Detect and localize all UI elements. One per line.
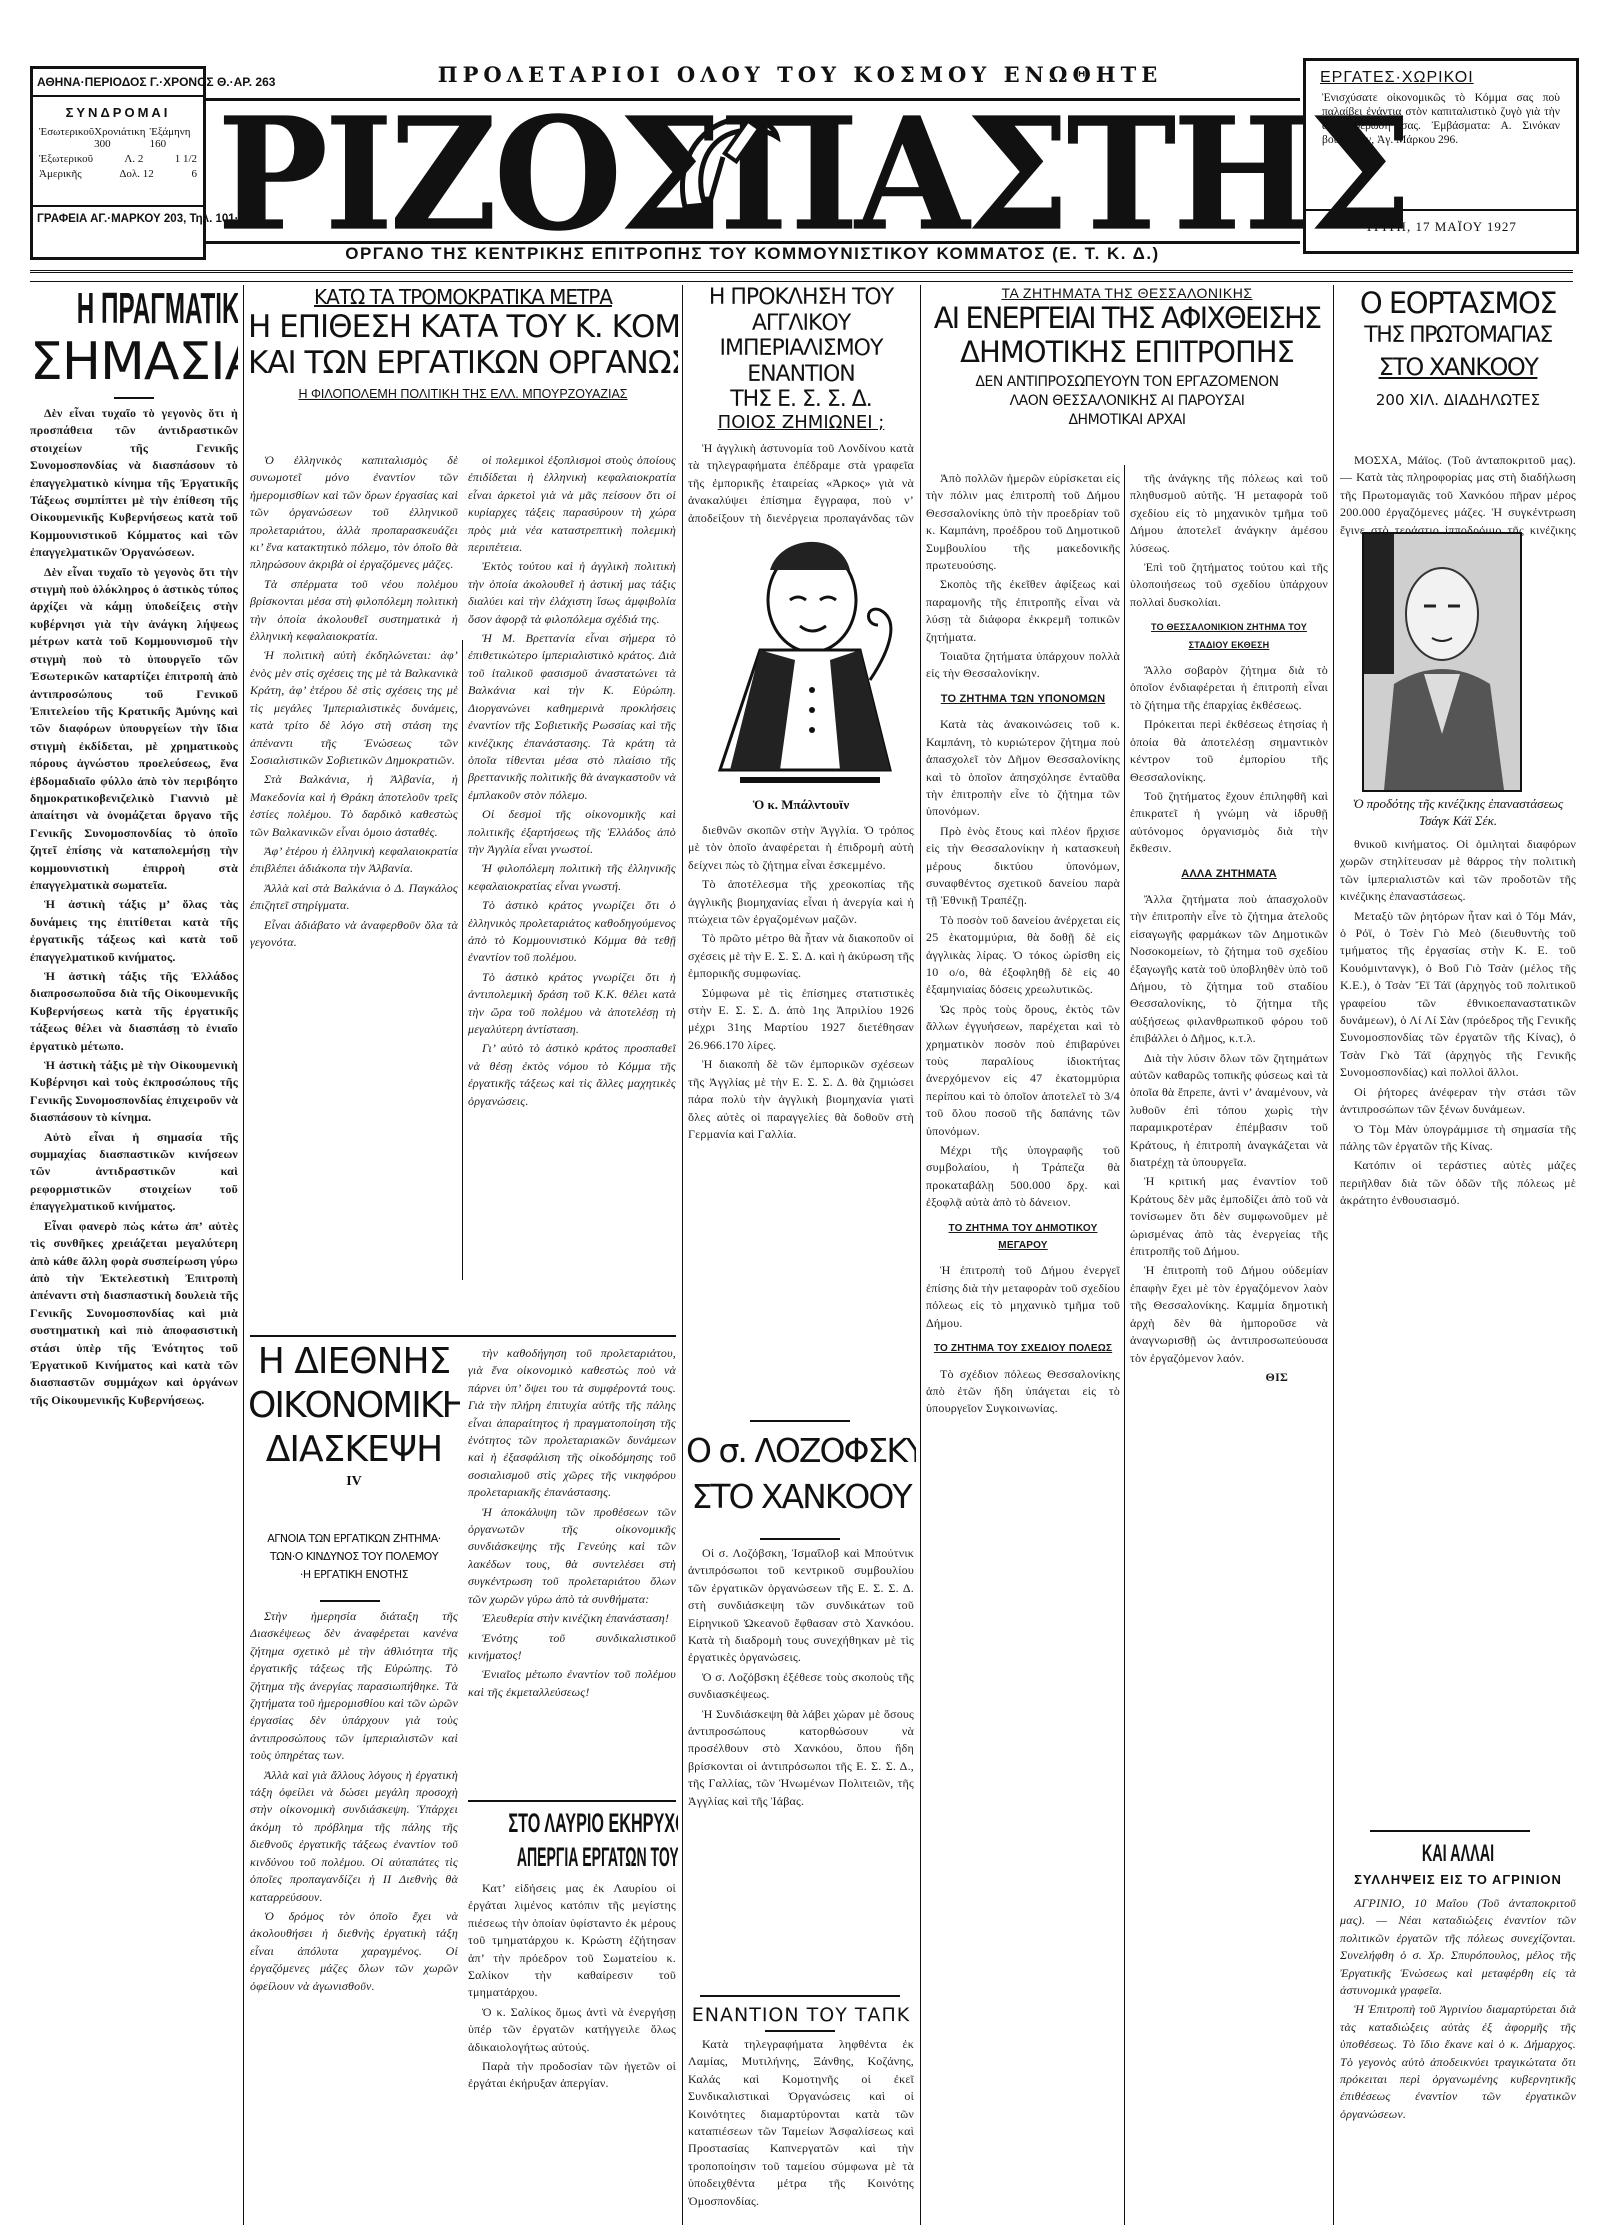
article-headline: Η ΕΠΙΘΕΣΗ ΚΑΤΑ ΤΟΥ Κ. ΚΟΜΜΑΤΟΣ	[248, 309, 678, 345]
subhead-line: ΛΑΟΝ ΘΕΣΣΑΛΟΝΙΚΗΣ ΑΙ ΠΑΡΟΥΣΑΙ	[924, 392, 1330, 411]
paragraph: θνικοῦ κινήματος. Οἱ ὁμιληταὶ διαφόρων χ…	[1340, 836, 1576, 906]
column-divider	[1124, 465, 1125, 2225]
article-thessaloniki-head: ΤΑ ΖΗΤΗΜΑΤΑ ΤΗΣ ΘΕΣΣΑΛΟΝΙΚΗΣ ΑΙ ΕΝΕΡΓΕΙΑ…	[924, 285, 1330, 465]
subscription-region: Ἀμερικῆς	[39, 168, 82, 180]
article-intro: Ἡ ἀγγλικὴ ἀστυνομία τοῦ Λονδίνου κατὰ τὰ…	[688, 440, 914, 530]
paragraph: Εἶναι ἀδιάβατο νὰ ἀναφερθοῦν ὅλα τὰ γεγο…	[250, 917, 458, 952]
column-divider	[462, 640, 463, 1280]
article-signature: ΘΙΣ	[1130, 1369, 1328, 1386]
divider	[760, 1538, 840, 1540]
paragraph: Ἡ ἐπιτροπὴ τοῦ Δήμου ἐνεργεῖ ἐπίσης διὰ …	[926, 1262, 1120, 1332]
paragraph: Μεταξὺ τῶν ῥητόρων ἦταν καὶ ὁ Τόμ Μάν, ὁ…	[1340, 908, 1576, 1082]
paragraph: Κατ’ εἰδήσεις μας ἐκ Λαυρίου οἱ ἐργάται …	[468, 1880, 676, 2002]
subscription-half: 6	[191, 168, 197, 180]
article-lozofsky-head: Ο σ. ΛΟΖΟΦΣΚΥ ΣΤΟ ΧΑΝΚΟΟΥ	[686, 1428, 916, 1538]
paragraph: Ὁ σ. Λοζόβσκη ἐξέθεσε τοὺς σκοποὺς τῆς σ…	[688, 1669, 914, 1704]
article-kicker: ΚΑΤΩ ΤΑ ΤΡΟΜΟΚΡΑΤΙΚΑ ΜΕΤΡΑ	[248, 285, 678, 309]
article-headline: ΑΙ ΕΝΕΡΓΕΙΑΙ ΤΗΣ ΑΦΙΧΘΕΙΣΗΣ	[924, 301, 1330, 335]
section-heading: ΤΟ ΖΗΤΗΜΑ ΤΩΝ ΥΠΟΝΟΜΩΝ	[926, 691, 1120, 708]
paragraph: Ἡ Συνδιάσκεψη θὰ λάβει χώραν μὲ ὅσους ἀν…	[688, 1706, 914, 1810]
article-headline: ΔΗΜΟΤΙΚΗΣ ΕΠΙΤΡΟΠΗΣ	[924, 335, 1330, 369]
paragraph: Ἡ ἀστικὴ τάξις μ’ ὅλας τὰς δυνάμεις της …	[30, 896, 238, 966]
appeal-text: Ἐνισχύσατε οἰκονομικῶς τὸ Κόμμα σας ποὺ …	[1306, 91, 1576, 209]
paragraph: Γι’ αὐτὸ τὸ ἀστικὸ κράτος προσπαθεῖ νὰ θ…	[468, 1040, 676, 1110]
article-headline: ΟΙΚΟΝΟΜΙΚΗ	[248, 1384, 460, 1428]
section-heading: ΑΛΛΑ ΖΗΤΗΜΑΤΑ	[1130, 866, 1328, 883]
article-body: Δὲν εἶναι τυχαῖο τὸ γεγονὸς ὅτι ἡ προσπά…	[30, 405, 238, 1409]
divider	[114, 397, 154, 399]
paragraph: Μέχρι τῆς ὑπογραφῆς τοῦ συμβολαίου, ἡ Τρ…	[926, 1142, 1120, 1212]
paragraph: Ἡ ἐπιτροπὴ τοῦ Δήμου οὐδεμίαν ἐπαφὴν ἔχε…	[1130, 1262, 1328, 1366]
paragraph: Οἱ ῥήτορες ἀνέφεραν τὴν στάσι τῶν ἀντιπρ…	[1340, 1084, 1576, 1119]
paragraph: Τὸ πρῶτο μέτρο θὰ ἦταν νὰ διακοποῦν οἱ σ…	[688, 930, 914, 982]
paragraph: Ἀλλὰ καὶ γιὰ ἄλλους λόγους ἡ ἐργατικὴ τά…	[250, 1767, 458, 1906]
paragraph: Ἡ ἀστικὴ τάξις τῆς Ἑλλάδος διαπροσωποῦσα…	[30, 968, 238, 1055]
paragraph: Δὲν εἶναι τυχαῖο τὸ γεγονὸς ὅτι τὴν στιγ…	[30, 564, 238, 895]
paragraph: Οἱ σ. Λοζόβσκη, Ἰσμαΐλοβ καὶ Μπούτνικ ἀν…	[688, 1545, 914, 1667]
paragraph: Ἡ ἀστικὴ τάξις μὲ τὴν Οἰκουμενικὴ Κυβέρν…	[30, 1057, 238, 1127]
paragraph: Ἑνιαῖος μέτωπο ἐναντίον τοῦ πολέμου καὶ …	[468, 1666, 676, 1701]
portrait-image	[1364, 534, 1520, 790]
chiang-kai-shek-photo	[1362, 532, 1522, 792]
subscription-row: Ἐσωτερικοῦ Χρονιάτικη 300 Ἑξάμηνη 160	[39, 126, 197, 150]
section-heading: ΤΟ ΘΕΣΣΑΛΟΝΙΚΙΟΝ ΖΗΤΗΜΑ ΤΟΥ ΣΤΑΔΙΟΥ ΕΚΘΕ…	[1130, 619, 1328, 654]
subscription-region: Ἐξωτερικοῦ	[39, 153, 93, 165]
subscription-year: Δολ. 12	[119, 168, 153, 180]
issue-number: ΑΘΗΝΑ·ΠΕΡΙΟΔΟΣ Γ.·ΧΡΟΝΟΣ Θ.·ΑΡ. 263	[33, 69, 203, 97]
paragraph: ΑΓΡΙΝΙΟ, 10 Μαΐου (Τοῦ ἀνταποκριτοῦ μας)…	[1340, 1895, 1576, 1999]
paragraph: Ἡ ἀποκάλυψη τῶν προθέσεων τῶν ὀργανωτῶν …	[468, 1504, 676, 1608]
article-body-column: Ὁ ἑλληνικὸς καπιταλισμὸς δὲ συνωμοτεῖ μό…	[250, 452, 458, 1332]
subscriptions-title: ΣΥΝΔΡΟΜΑΙ	[39, 105, 197, 120]
section-rule	[468, 1800, 676, 1802]
article-part-number: IV	[248, 1474, 460, 1490]
paragraph: ΜΟΣΧΑ, Μάϊος. (Τοῦ ἀνταποκριτοῦ μας). — …	[1340, 452, 1576, 542]
article-body-column: τῆς ἀνάγκης τῆς πόλεως καὶ τοῦ πληθυσμοῦ…	[1130, 470, 1328, 2230]
article-headline: ΚΑΙ ΑΛΛΑΙ	[1386, 1840, 1530, 1868]
paragraph: Τὸ σχέδιον πόλεως Θεσσαλονίκης ἀπὸ ἐτῶν …	[926, 1366, 1120, 1418]
article-agrinio-head: ΚΑΙ ΑΛΛΑΙ ΣΥΛΛΗΨΕΙΣ ΕΙΣ ΤΟ ΑΓΡΙΝΙΟΝ	[1338, 1840, 1578, 1887]
article-intro: ΜΟΣΧΑ, Μάϊος. (Τοῦ ἀνταποκριτοῦ μας). — …	[1340, 452, 1576, 542]
article-body-column: Στὴν ἡμερησία διάταξη τῆς Διασκέψεως δὲν…	[250, 1608, 458, 2228]
section-rule	[700, 1995, 900, 1997]
hammer-sickle-emblem-icon	[665, 107, 785, 225]
paragraph: Ἄλλο σοβαρὸν ζήτημα διὰ τὸ ὁποῖον ἐνδιαφ…	[1130, 662, 1328, 714]
paragraph: Τοῦ ζητήματος ἔχουν ἐπιληφθῆ καὶ ἐπικρατ…	[1130, 788, 1328, 858]
paragraph: Τὸ ἀποτέλεσμα τῆς χρεοκοπίας τῆς ἀγγλικῆ…	[688, 876, 914, 928]
article-body-column: διεθνῶν σκοπῶν στὴν Ἀγγλία. Ὁ τρόπος μὲ …	[688, 822, 914, 1402]
paragraph: τῆς ἀνάγκης τῆς πόλεως καὶ τοῦ πληθυσμοῦ…	[1130, 470, 1328, 557]
paragraph: Πρόκειται περὶ ἐκθέσεως ἐτησίας ἡ ὁποία …	[1130, 716, 1328, 786]
baldwin-cartoon-illustration	[700, 530, 910, 790]
paragraph: τὴν καθοδήγηση τοῦ προλεταριάτου, γιὰ ἕν…	[468, 1345, 676, 1502]
divider	[750, 1420, 850, 1422]
article-headline: ΑΠΕΡΓΙΑ ΕΡΓΑΤΩΝ ΤΟΥ ΛΙΜΕΝΟΣ	[517, 1840, 627, 1874]
paragraph: Ἡ κριτική μας ἐναντίον τοῦ Κράτους δὲν μ…	[1130, 1173, 1328, 1260]
headline-line: Η ΠΡΟΚΛΗΣΗ ΤΟΥ	[686, 285, 916, 311]
section-heading: ΤΟ ΖΗΤΗΜΑ ΤΟΥ ΣΧΕΔΙΟΥ ΠΟΛΕΩΣ	[926, 1340, 1120, 1357]
subhead-line: ·Η ΕΡΓΑΤΙΚΗ ΕΝΟΤΗΣ	[248, 1566, 460, 1584]
paragraph: Ἡ Μ. Βρεττανία εἶναι σήμερα τὸ ἐπιθετικώ…	[468, 630, 676, 804]
paragraph: Παρὰ τὴν προδοσίαν τῶν ἡγετῶν οἱ ἐργάται…	[468, 2058, 676, 2093]
paragraph: Τὸ ἀστικὸ κράτος γνωρίζει ὅτι ὁ ἑλληνικὸ…	[468, 897, 676, 967]
article-body-column: ΑΓΡΙΝΙΟ, 10 Μαΐου (Τοῦ ἀνταποκριτοῦ μας)…	[1340, 1895, 1576, 2230]
article-headline: Η ΠΡΑΓΜΑΤΙΚΗ	[77, 285, 191, 333]
paragraph: Ὁ κ. Σαλίκος ὅμως ἀντὶ νὰ ἐνεργήσῃ ὑπέρ …	[468, 2004, 676, 2056]
paragraph: Ἡ φιλοπόλεμη πολιτικὴ τῆς ἑλληνικῆς κεφα…	[468, 860, 676, 895]
divider	[320, 1600, 380, 1602]
subscriptions-box: ΣΥΝΔΡΟΜΑΙ Ἐσωτερικοῦ Χρονιάτικη 300 Ἑξάμ…	[33, 97, 203, 207]
paragraph: Διὰ τὴν λύσιν ὅλων τῶν ζητημάτων αὐτῶν κ…	[1130, 1050, 1328, 1172]
article-body-column: Οἱ σ. Λοζόβσκη, Ἰσμαΐλοβ καὶ Μπούτνικ ἀν…	[688, 1545, 914, 1975]
paragraph: Ὁ δρόμος τὸν ὁποῖο ἔχει νὰ ἀκολουθήσει ἡ…	[250, 1908, 458, 1995]
article-body-column: Κατ’ εἰδήσεις μας ἐκ Λαυρίου οἱ ἐργάται …	[468, 1880, 676, 2228]
headline-line: ΤΗΣ Ε. Σ. Σ. Δ.	[686, 387, 916, 413]
paragraph: Ἀπὸ πολλῶν ἡμερῶν εὑρίσκεται εἰς τὴν πόλ…	[926, 470, 1120, 574]
article-headline: Ο σ. ΛΟΖΟΦΣΚΥ	[686, 1428, 916, 1474]
subscription-region: Ἐσωτερικοῦ	[39, 126, 94, 150]
column-divider	[1333, 285, 1334, 2225]
subscription-half: 1 1/2	[175, 153, 197, 165]
section-rule	[1370, 1830, 1530, 1832]
subscription-row: Ἐξωτερικοῦ Λ. 2 1 1/2	[39, 153, 197, 165]
article-subhead: ΠΟΙΟΣ ΖΗΜΙΩΝΕΙ ;	[686, 412, 916, 433]
paragraph: Ἡ Ἐπιτροπὴ τοῦ Ἀγρινίου διαμαρτύρεται δι…	[1340, 2001, 1576, 2123]
column-divider	[920, 285, 921, 2225]
appeal-box: ΕΡΓΑΤΕΣ·ΧΩΡΙΚΟΙ Ἐνισχύσατε οἰκονομικῶς τ…	[1303, 58, 1579, 254]
paragraph: Ἑνότης τοῦ συνδικαλιστικοῦ κινήματος!	[468, 1630, 676, 1665]
paragraph: Δὲν εἶναι τυχαῖο τὸ γεγονὸς ὅτι ἡ προσπά…	[30, 405, 238, 562]
subscription-half: Ἑξάμηνη 160	[150, 126, 197, 150]
divider	[765, 2030, 835, 2032]
column-divider	[243, 285, 244, 2225]
headline-line: ΙΜΠΕΡΙΑΛΙΣΜΟΥ	[686, 336, 916, 362]
article-headline: ΣΤΟ ΛΑΥΡΙΟ ΕΚΗΡΥΧΘΗ	[508, 1806, 635, 1840]
article-subhead: ΑΓΝΟΙΑ ΤΩΝ ΕΡΓΑΤΙΚΩΝ ΖΗΤΗΜΑ· ΤΩΝ·Ο ΚΙΝΔΥ…	[248, 1530, 460, 1600]
paragraph: Τὸ ἀστικὸ κράτος γνωρίζει ὅτι ἡ ἀντιπολε…	[468, 969, 676, 1039]
issue-date: ΤΡΙΤΗ, 17 ΜΑΪΟΥ 1927	[1306, 209, 1576, 243]
article-headline: ΣΗΜΑΣΙΑ	[30, 333, 238, 391]
article-kicker: ΤΑ ΖΗΤΗΜΑΤΑ ΤΗΣ ΘΕΣΣΑΛΟΝΙΚΗΣ	[924, 285, 1330, 301]
paragraph: Ἄλλα ζητήματα ποὺ ἀπασχολοῦν τὴν ἐπιτροπ…	[1130, 891, 1328, 1048]
section-heading: ΤΟ ΖΗΤΗΜΑ ΤΟΥ ΔΗΜΟΤΙΚΟΥ ΜΕΓΑΡΟΥ	[926, 1220, 1120, 1255]
article-body-column: Κατὰ τηλεγραφήματα ληφθέντα ἐκ Λαμίας, Μ…	[688, 2036, 914, 2226]
subhead-line: ΑΓΝΟΙΑ ΤΩΝ ΕΡΓΑΤΙΚΩΝ ΖΗΤΗΜΑ·	[248, 1530, 460, 1548]
paragraph: Εἶναι φανερὸ πὼς κάτω ἀπ’ αὐτὲς τὶς συνθ…	[30, 1218, 238, 1409]
paragraph: Ἡ ἀγγλικὴ ἀστυνομία τοῦ Λονδίνου κατὰ τὰ…	[688, 440, 914, 530]
paragraph: Τὰ σπέρματα τοῦ νέου πολέμου βρίσκονται …	[250, 576, 458, 646]
article-lavrio-head: ΣΤΟ ΛΑΥΡΙΟ ΕΚΗΡΥΧΘΗ ΑΠΕΡΓΙΑ ΕΡΓΑΤΩΝ ΤΟΥ …	[466, 1806, 678, 1886]
issue-info-box: ΑΘΗΝΑ·ΠΕΡΙΟΔΟΣ Γ.·ΧΡΟΝΟΣ Θ.·ΑΡ. 263 ΣΥΝΔ…	[30, 66, 206, 260]
paragraph: Ἡ πολιτικὴ αὐτὴ ἐκδηλώνεται: ἀφ’ ἑνὸς μὲ…	[250, 647, 458, 769]
article-headline: ΣΤΟ ΧΑΝΚΟΟΥ	[1338, 351, 1578, 383]
paragraph: διεθνῶν σκοπῶν στὴν Ἀγγλία. Ὁ τρόπος μὲ …	[688, 822, 914, 874]
subscription-year: Λ. 2	[124, 153, 143, 165]
article-headline: ΔΙΑΣΚΕΨΗ	[248, 1428, 460, 1472]
paragraph: Ὁ Τὸμ Μὰν ὑπογράμμισε τὴ σημασία τῆς πάλ…	[1340, 1121, 1576, 1156]
article-subhead: ΔΕΝ ΑΝΤΙΠΡΟΣΩΠΕΥΟΥΝ ΤΟΝ ΕΡΓΑΖΟΜΕΝΟΝ ΛΑΟΝ…	[924, 373, 1330, 430]
paragraph: οἱ πολεμικοὶ ἐξοπλισμοὶ στοὺς ὁποίους ἐπ…	[468, 452, 676, 556]
paragraph: Αὐτὸ εἶναι ἡ σημασία τῆς συμμαχίας διασπ…	[30, 1129, 238, 1216]
article-headline: Ο ΕΟΡΤΑΣΜΟΣ	[1338, 285, 1578, 321]
article-body-column: Ἀπὸ πολλῶν ἡμερῶν εὑρίσκεται εἰς τὴν πόλ…	[926, 470, 1120, 2230]
subhead-line: ΤΩΝ·Ο ΚΙΝΔΥΝΟΣ ΤΟΥ ΠΟΛΕΜΟΥ	[248, 1548, 460, 1566]
article-headline: Η ΔΙΕΘΝΗΣ	[248, 1340, 460, 1384]
paragraph: Οἱ δεσμοὶ τῆς οἰκονομικῆς καὶ πολιτικῆς …	[468, 806, 676, 858]
paragraph: Ἀφ’ ἑτέρου ἡ ἑλληνικὴ κεφαλαιοκρατία ἐπι…	[250, 843, 458, 878]
masthead-organ-line: ΟΡΓΑΝΟ ΤΗΣ ΚΕΝΤΡΙΚΗΣ ΕΠΙΤΡΟΠΗΣ ΤΟΥ ΚΟΜΜΟ…	[205, 244, 1300, 264]
article-headline: ΚΑΙ ΤΩΝ ΕΡΓΑΤΙΚΩΝ ΟΡΓΑΝΩΣΕΩΝ	[248, 345, 678, 381]
paragraph: Τοιαῦτα ζητήματα ὑπάρχουν πολλὰ εἰς τὴν …	[926, 648, 1120, 683]
paragraph: Κατὰ τὰς ἀνακοινώσεις τοῦ κ. Καμπάνη, τὸ…	[926, 716, 1120, 820]
article-headline: ΕΝΑΝΤΙΟΝ ΤΟΥ ΤΑΠΚ	[686, 2004, 916, 2026]
article-subhead: ΣΥΛΛΗΨΕΙΣ ΕΙΣ ΤΟ ΑΓΡΙΝΙΟΝ	[1338, 1872, 1578, 1887]
subhead-line: ΔΕΝ ΑΝΤΙΠΡΟΣΩΠΕΥΟΥΝ ΤΟΝ ΕΡΓΑΖΟΜΕΝΟΝ	[924, 373, 1330, 392]
subhead-line: ΔΗΜΟΤΙΚΑΙ ΑΡΧΑΙ	[924, 411, 1330, 430]
article-diethnis-diaskepsi-head: Η ΔΙΕΘΝΗΣ ΟΙΚΟΝΟΜΙΚΗ ΔΙΑΣΚΕΨΗ IV	[248, 1340, 460, 1540]
headline-line: ΑΓΓΛΙΚΟΥ	[686, 311, 916, 337]
office-address: ΓΡΑΦΕΙΑ ΑΓ.·ΜΑΡΚΟΥ 203, Τηλ. 101·νέο	[33, 207, 203, 231]
masthead-title-band: ΡΙΖΟΣΠΑΣΤΗΣ	[205, 98, 1300, 244]
paragraph: Ἐλευθερία στὴν κινέζικη ἐπανάσταση!	[468, 1610, 676, 1627]
column-divider	[682, 285, 683, 2225]
article-chankoou-head: Ο ΕΟΡΤΑΣΜΟΣ ΤΗΣ ΠΡΩΤΟΜΑΓΙΑΣ ΣΤΟ ΧΑΝΚΟΟΥ …	[1338, 285, 1578, 445]
paragraph: Κατὰ τηλεγραφήματα ληφθέντα ἐκ Λαμίας, Μ…	[688, 2036, 914, 2210]
headline-line: ΕΝΑΝΤΙΟΝ	[686, 362, 916, 388]
masthead-rule	[30, 270, 1573, 282]
paragraph: Σκοπὸς τῆς ἐκεῖθεν ἀφίξεως καὶ παραμονῆς…	[926, 576, 1120, 646]
article-body-column: οἱ πολεμικοὶ ἐξοπλισμοὶ στοὺς ὁποίους ἐπ…	[468, 452, 676, 1332]
section-rule	[250, 1335, 676, 1337]
article-subhead: Η ΦΙΛΟΠΟΛΕΜΗ ΠΟΛΙΤΙΚΗ ΤΗΣ ΕΛΛ. ΜΠΟΥΡΖΟΥΑ…	[248, 387, 678, 401]
article-body-column: τὴν καθοδήγηση τοῦ προλεταριάτου, γιὰ ἕν…	[468, 1345, 676, 1785]
paragraph: Ἡ διακοπὴ δὲ τῶν ἐμπορικῶν σχέσεων τῆς Ἀ…	[688, 1056, 914, 1143]
paragraph: Ἐκτὸς τούτου καὶ ἡ ἀγγλικὴ πολιτικὴ τὴν …	[468, 558, 676, 628]
subscription-year: Χρονιάτικη 300	[94, 126, 150, 150]
photo-caption: Ὁ προδότης τῆς κινέζικης ἐπαναστάσεως Τσ…	[1338, 795, 1578, 829]
article-body-column: θνικοῦ κινήματος. Οἱ ὁμιληταὶ διαφόρων χ…	[1340, 836, 1576, 1771]
paragraph: Πρὸ ἑνὸς ἔτους καὶ πλέον ἤρχισε εἰς τὴν …	[926, 823, 1120, 910]
paragraph: Ἐπὶ τοῦ ζητήματος τούτου καὶ τῆς ὑλοποιή…	[1130, 559, 1328, 611]
paragraph: Σύμφωνα μὲ τὶς ἐπίσημες στατιστικὲς στὴν…	[688, 985, 914, 1055]
paragraph: Ὡς πρὸς τοὺς ὅρους, ἐκτὸς τῶν ἄλλων ἐγγυ…	[926, 1001, 1120, 1140]
cartoon-caption: Ὁ κ. Μπάλντουϊν	[686, 797, 916, 813]
article-proklisi-head: Η ΠΡΟΚΛΗΣΗ ΤΟΥ ΑΓΓΛΙΚΟΥ ΙΜΠΕΡΙΑΛΙΣΜΟΥ ΕΝ…	[686, 285, 916, 415]
subscription-row: Ἀμερικῆς Δολ. 12 6	[39, 168, 197, 180]
paragraph: Τὸ ποσὸν τοῦ δανείου ἀνέρχεται εἰς 25 ἑκ…	[926, 912, 1120, 999]
article-headline: ΤΗΣ ΠΡΩΤΟΜΑΓΙΑΣ	[1338, 321, 1578, 351]
appeal-title: ΕΡΓΑΤΕΣ·ΧΩΡΙΚΟΙ	[1306, 61, 1576, 91]
paragraph: Ἀλλὰ καὶ στὰ Βαλκάνια ὁ Δ. Παγκάλος ἐπιζ…	[250, 880, 458, 915]
article-pragmatiki-simasia: Η ΠΡΑΓΜΑΤΙΚΗ ΣΗΜΑΣΙΑ Δὲν εἶναι τυχαῖο τὸ…	[30, 285, 238, 2225]
paragraph: Κατόπιν οἱ τεράστιες αὐτὲς μάζες περιῆλθ…	[1340, 1157, 1576, 1209]
paragraph: Ὁ ἑλληνικὸς καπιταλισμὸς δὲ συνωμοτεῖ μό…	[250, 452, 458, 574]
paragraph: Στὴν ἡμερησία διάταξη τῆς Διασκέψεως δὲν…	[250, 1608, 458, 1765]
paragraph: Στὰ Βαλκάνια, ἡ Ἀλβανία, ἡ Μακεδονία καὶ…	[250, 771, 458, 841]
article-headline: ΣΤΟ ΧΑΝΚΟΟΥ	[686, 1474, 916, 1520]
article-subhead: 200 ΧΙΛ. ΔΙΑΔΗΛΩΤΕΣ	[1338, 389, 1578, 411]
